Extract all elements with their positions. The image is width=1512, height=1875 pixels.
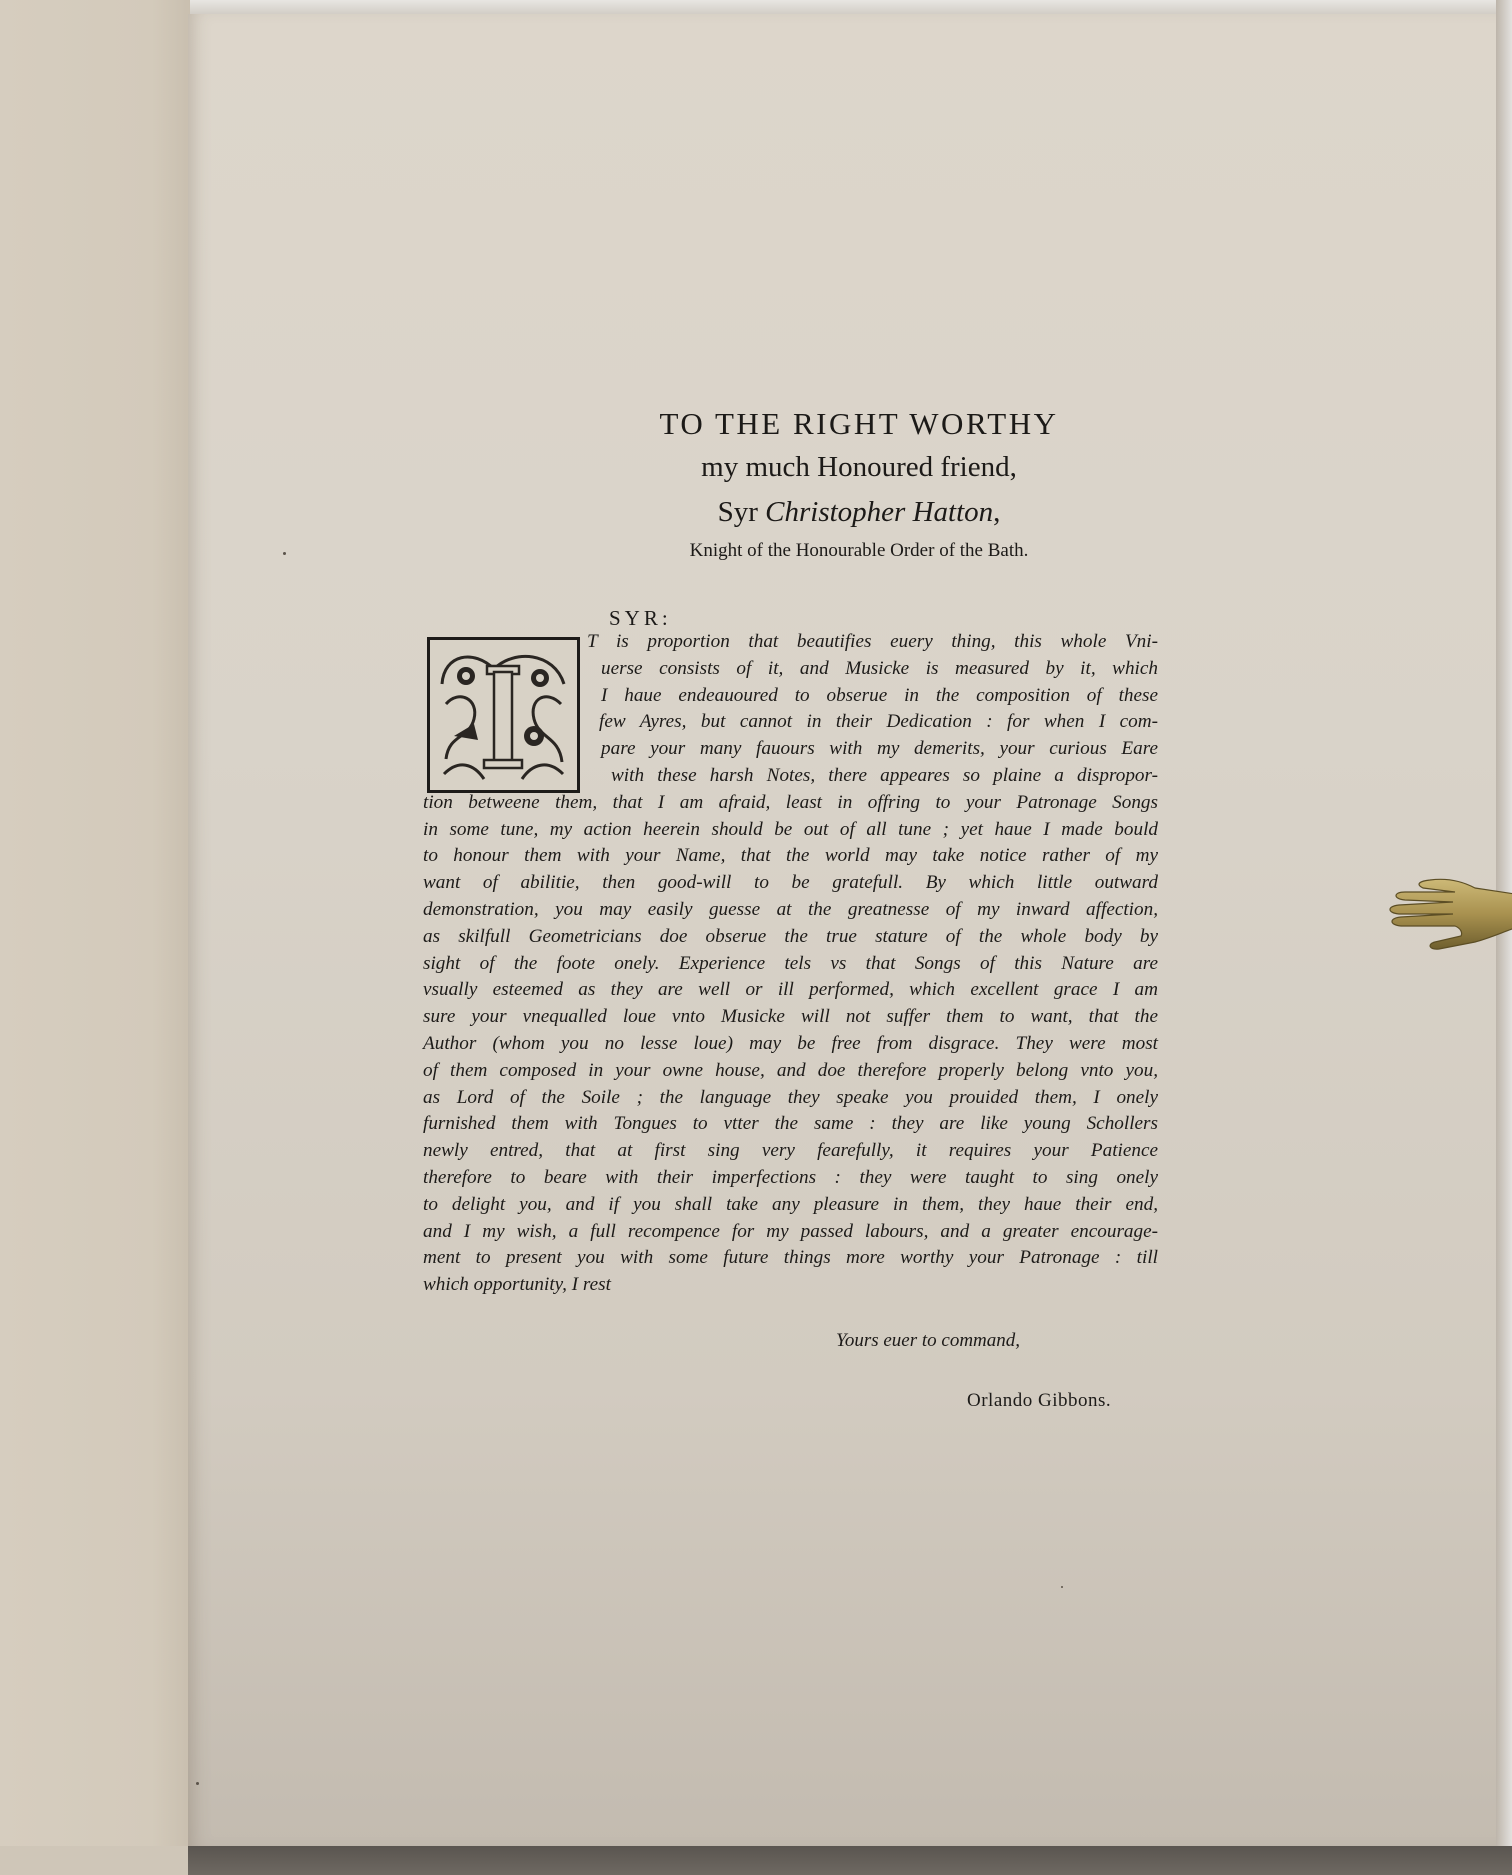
body-line: in some tune, my action heerein should b… [423, 817, 1158, 844]
table-surface [0, 1846, 1512, 1875]
dedication-body: T is proportion that beautifies euery th… [423, 629, 1158, 1299]
body-line: vsually esteemed as they are well or ill… [423, 977, 1158, 1004]
body-line: sure your vnequalled loue vnto Musicke w… [423, 1004, 1158, 1031]
body-line: ment to present you with some future thi… [423, 1245, 1158, 1272]
dedication-subheading: my much Honoured friend, [0, 451, 1512, 484]
closing-line: Yours euer to command, [836, 1330, 1020, 1352]
signature: Orlando Gibbons. [967, 1390, 1111, 1412]
body-line: I haue endeauoured to obserue in the com… [423, 683, 1158, 710]
body-line: pare your many fauours with my demerits,… [423, 736, 1158, 763]
body-line: want of abilitie, then good-will to be g… [423, 870, 1158, 897]
body-line: as Lord of the Soile ; the language they… [423, 1085, 1158, 1112]
body-line: few Ayres, but cannot in their Dedicatio… [423, 709, 1158, 736]
body-line: to delight you, and if you shall take an… [423, 1192, 1158, 1219]
body-line: newly entred, that at first sing very fe… [423, 1138, 1158, 1165]
body-line: to honour them with your Name, that the … [423, 843, 1158, 870]
body-line: uerse consists of it, and Musicke is mea… [423, 656, 1158, 683]
body-line: with these harsh Notes, there appeares s… [423, 763, 1158, 790]
body-line: as skilfull Geometricians doe obserue th… [423, 924, 1158, 951]
dedicatee-name: Syr Christopher Hatton, [0, 496, 1512, 529]
dedication-heading: TO THE RIGHT WORTHY [0, 406, 1512, 442]
salutation: SYR: [609, 606, 672, 631]
body-line: Author (whom you no lesse loue) may be f… [423, 1031, 1158, 1058]
left-page [0, 0, 190, 1875]
body-line: tion betweene them, that I am afraid, le… [423, 790, 1158, 817]
hand-icon [1375, 872, 1512, 952]
dedicatee-suffix: , [993, 496, 1000, 528]
paper-speck [1061, 1586, 1063, 1588]
body-line: T is proportion that beautifies euery th… [423, 629, 1158, 656]
brass-hand-page-weight[interactable] [1375, 872, 1512, 957]
body-line: and I my wish, a full recompence for my … [423, 1219, 1158, 1246]
body-line: sight of the foote onely. Experience tel… [423, 951, 1158, 978]
body-line: which opportunity, I rest [423, 1272, 1158, 1299]
body-line: therefore to beare with their imperfecti… [423, 1165, 1158, 1192]
body-line: furnished them with Tongues to vtter the… [423, 1111, 1158, 1138]
body-line: of them composed in your owne house, and… [423, 1058, 1158, 1085]
dedicatee-title: Knight of the Honourable Order of the Ba… [0, 540, 1512, 562]
body-line: demonstration, you may easily guesse at … [423, 897, 1158, 924]
dedicatee-italic-name: Christopher Hatton [765, 496, 993, 528]
dedicatee-prefix: Syr [718, 496, 766, 528]
paper-speck [196, 1782, 199, 1785]
